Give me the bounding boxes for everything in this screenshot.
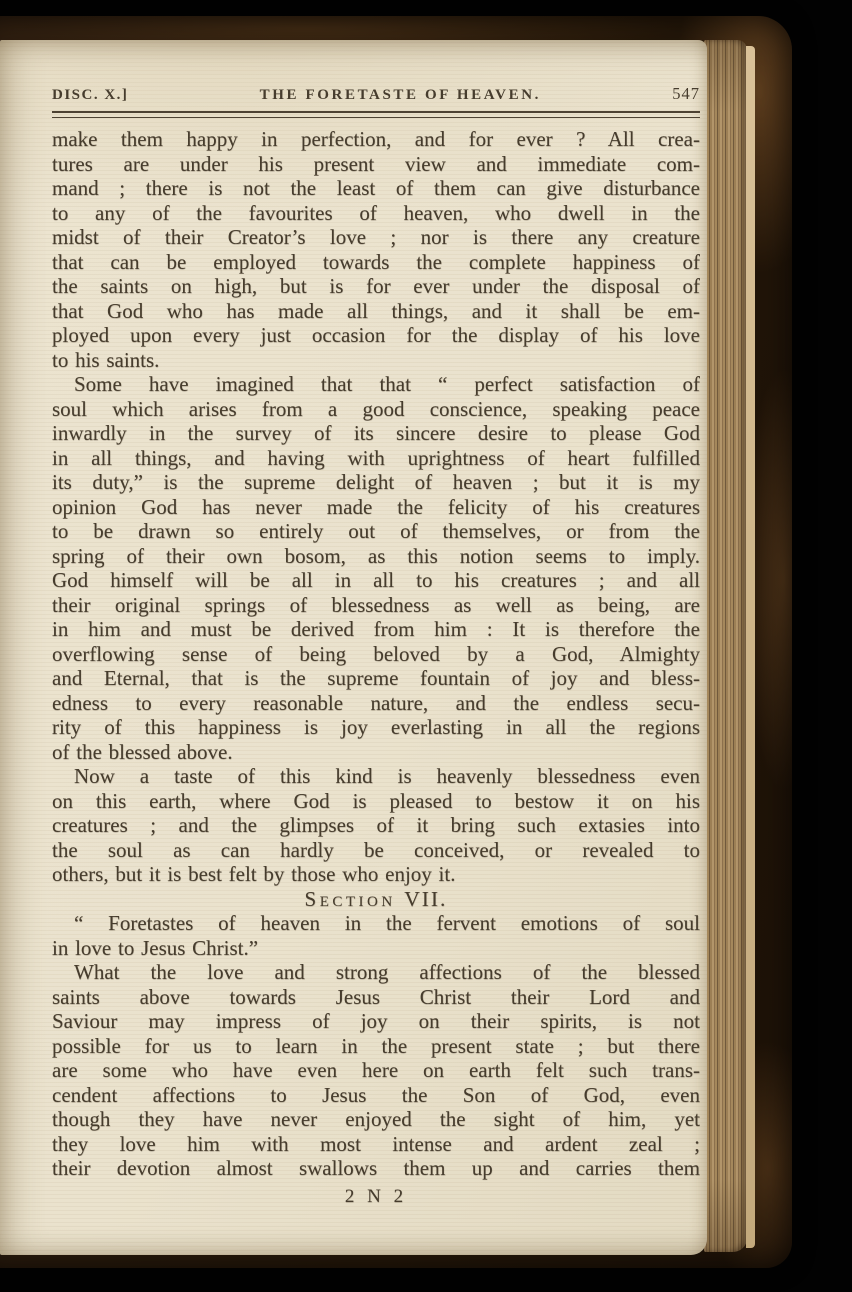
text-line: to any of the favourites of heaven, who … (52, 201, 700, 226)
text-line: saints above towards Jesus Christ their … (52, 985, 700, 1010)
text-line: rity of this happiness is joy everlastin… (52, 715, 700, 740)
text-line: Now a taste of this kind is heavenly ble… (52, 764, 700, 789)
text-line: though they have never enjoyed the sight… (52, 1107, 700, 1132)
text-line: in all things, and having with uprightne… (52, 446, 700, 471)
text-line: “ Foretastes of heaven in the fervent em… (52, 911, 700, 936)
text-line: ployed upon every just occasion for the … (52, 323, 700, 348)
header-discourse-label: DISC. X.] (52, 87, 128, 104)
text-line: the soul as can hardly be conceived, or … (52, 838, 700, 863)
text-line: What the love and strong affections of t… (52, 960, 700, 985)
section-heading: Section VII. (52, 887, 700, 912)
text-line: and Eternal, that is the supreme fountai… (52, 666, 700, 691)
text-line: Saviour may impress of joy on their spir… (52, 1009, 700, 1034)
text-line: opinion God has never made the felicity … (52, 495, 700, 520)
text-line: spring of their own bosom, as this notio… (52, 544, 700, 569)
book-page: DISC. X.] THE FORETASTE OF HEAVEN. 547 m… (0, 40, 707, 1255)
text-line: cendent affections to Jesus the Son of G… (52, 1083, 700, 1108)
text-line: are some who have even here on earth fel… (52, 1058, 700, 1083)
text-line: in him and must be derived from him : It… (52, 617, 700, 642)
text-line: the saints on high, but is for ever unde… (52, 274, 700, 299)
text-line: its duty,” is the supreme delight of hea… (52, 470, 700, 495)
footer-signature-mark: 2 N 2 (52, 1186, 700, 1208)
text-line: make them happy in perfection, and for e… (52, 127, 700, 152)
text-line: possible for us to learn in the present … (52, 1034, 700, 1059)
header-double-rule (52, 111, 700, 118)
paragraph: What the love and strong affections of t… (52, 960, 700, 1181)
text-line: in love to Jesus Christ.” (52, 936, 700, 961)
header-running-title: THE FORETASTE OF HEAVEN. (260, 87, 541, 104)
book-page-edges (704, 40, 747, 1252)
text-line: their original springs of blessedness as… (52, 593, 700, 618)
text-line: edness to every reasonable nature, and t… (52, 691, 700, 716)
header-page-number: 547 (672, 84, 700, 104)
text-line: midst of their Creator’s love ; nor is t… (52, 225, 700, 250)
text-line: mand ; there is not the least of them ca… (52, 176, 700, 201)
section-heading-numeral: VII. (396, 887, 448, 911)
text-line: soul which arises from a good conscience… (52, 397, 700, 422)
text-line: that God who has made all things, and it… (52, 299, 700, 324)
text-line: their devotion almost swallows them up a… (52, 1156, 700, 1181)
text-line: God himself will be all in all to his cr… (52, 568, 700, 593)
text-line: that can be employed towards the complet… (52, 250, 700, 275)
text-line: of the blessed above. (52, 740, 700, 765)
body-text: make them happy in perfection, and for e… (52, 127, 700, 1181)
text-line: others, but it is best felt by those who… (52, 862, 700, 887)
paragraph: Now a taste of this kind is heavenly ble… (52, 764, 700, 887)
text-line: tures are under his present view and imm… (52, 152, 700, 177)
text-line: creatures ; and the glimpses of it bring… (52, 813, 700, 838)
flyleaf-edge (746, 46, 755, 1248)
paragraph: Some have imagined that that “ perfect s… (52, 372, 700, 764)
book-photo-scene: DISC. X.] THE FORETASTE OF HEAVEN. 547 m… (0, 0, 852, 1292)
text-line: Some have imagined that that “ perfect s… (52, 372, 700, 397)
text-line: inwardly in the survey of its sincere de… (52, 421, 700, 446)
text-line: to be drawn so entirely out of themselve… (52, 519, 700, 544)
page-header: DISC. X.] THE FORETASTE OF HEAVEN. 547 (52, 84, 700, 103)
text-line: on this earth, where God is pleased to b… (52, 789, 700, 814)
text-line: overflowing sense of being beloved by a … (52, 642, 700, 667)
paragraph: make them happy in perfection, and for e… (52, 127, 700, 372)
text-line: they love him with most intense and arde… (52, 1132, 700, 1157)
text-line: to his saints. (52, 348, 700, 373)
section-heading-word: Section (305, 887, 396, 911)
paragraph: “ Foretastes of heaven in the fervent em… (52, 911, 700, 960)
page-text-area: DISC. X.] THE FORETASTE OF HEAVEN. 547 m… (52, 84, 700, 1208)
